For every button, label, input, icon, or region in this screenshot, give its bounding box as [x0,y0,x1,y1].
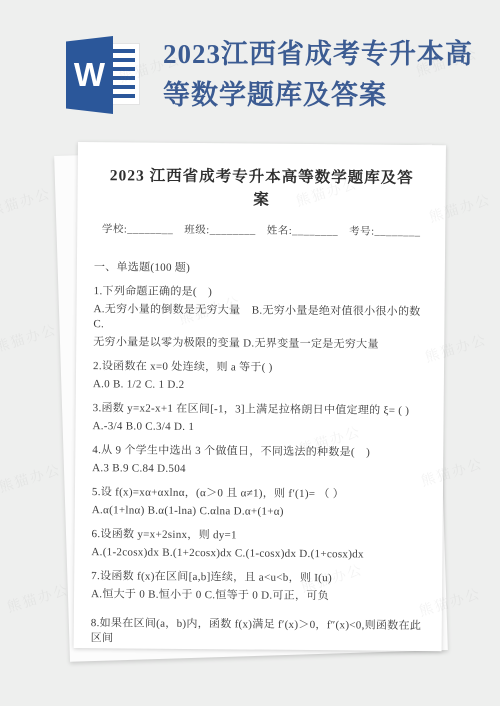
doc-line: 6.设函数 y=x+2sinx，则 dy=1 [92,527,425,545]
file-title: 2023江西省成考专升本高 等数学题库及答案 [163,34,475,116]
doc-line: A.恒大于 0 B.恒小于 0 C.恒等于 0 D.可正，可负 [91,587,424,605]
watermark-text: 熊猫办公 [0,183,54,221]
doc-line: 无穷小量是以零为极限的变量 D.无界变量一定是无穷大量 [93,335,426,353]
word-icon-letter: W [66,36,113,114]
question-list: 一、单选题(100 题)1.下列命题正确的是( )A.无穷小量的倒数是无穷大量 … [74,260,445,649]
document-title: 2023 江西省成考专升本高等数学题库及答 案 [77,164,445,213]
word-file-icon: W [66,36,140,114]
doc-line: A.3 B.9 C.84 D.504 [92,461,425,479]
doc-line: 5.设 f(x)=xα+αxlnα，(α＞0 且 α≠1)，则 f′(1)= （… [92,485,425,503]
doc-line: 一、单选题(100 题) [94,260,427,278]
doc-line: A.无穷小量的倒数是无穷大量 B.无穷小量是绝对值很小很小的数 C. [93,302,426,335]
doc-line: 2.设函数在 x=0 处连续，则 a 等于( ) [93,359,426,377]
document-page: 2023 江西省成考专升本高等数学题库及答 案 学校:________ 班级:_… [74,142,446,651]
doc-line: A.0 B. 1/2 C. 1 D.2 [93,377,426,395]
doc-line: A.α(1+lnα) B.α(1-lna) C.αlna D.α+(1+α) [92,503,425,521]
document-title-line1: 2023 江西省成考专升本高等数学题库及答 [78,164,446,190]
file-title-line1: 2023江西省成考专升本高 [163,34,475,75]
doc-line: 3.函数 y=x2-x+1 在区间[-1，3]上满足拉格朗日中值定理的 ξ= (… [93,401,426,419]
doc-line: 8.如果在区间(a，b)内，函数 f(x)满足 f′(x)＞0，f″(x)<0,… [91,616,424,649]
watermark-text: 熊猫办公 [4,579,71,617]
doc-line: 1.下列命题正确的是( ) [94,284,427,302]
doc-line: A.-3/4 B.0 C.3/4 D. 1 [92,419,425,437]
doc-line: 7.设函数 f(x)在区间[a,b]连续，且 a<u<b，则 I(u) [91,569,424,587]
preview-header: W 2023江西省成考专升本高 等数学题库及答案 [0,0,500,135]
student-info-line: 学校:________ 班级:________ 姓名:________ 考号:_… [77,221,445,239]
file-title-line2: 等数学题库及答案 [163,75,475,116]
watermark-text: 熊猫办公 [0,319,60,357]
doc-line: A.(1-2cosx)dx B.(1+2cosx)dx C.(1-cosx)dx… [91,545,424,563]
document-title-line2: 案 [77,187,445,213]
watermark-text: 熊猫办公 [0,459,64,497]
doc-line: 4.从 9 个学生中选出 3 个做值日，不同选法的种数是( ) [92,443,425,461]
